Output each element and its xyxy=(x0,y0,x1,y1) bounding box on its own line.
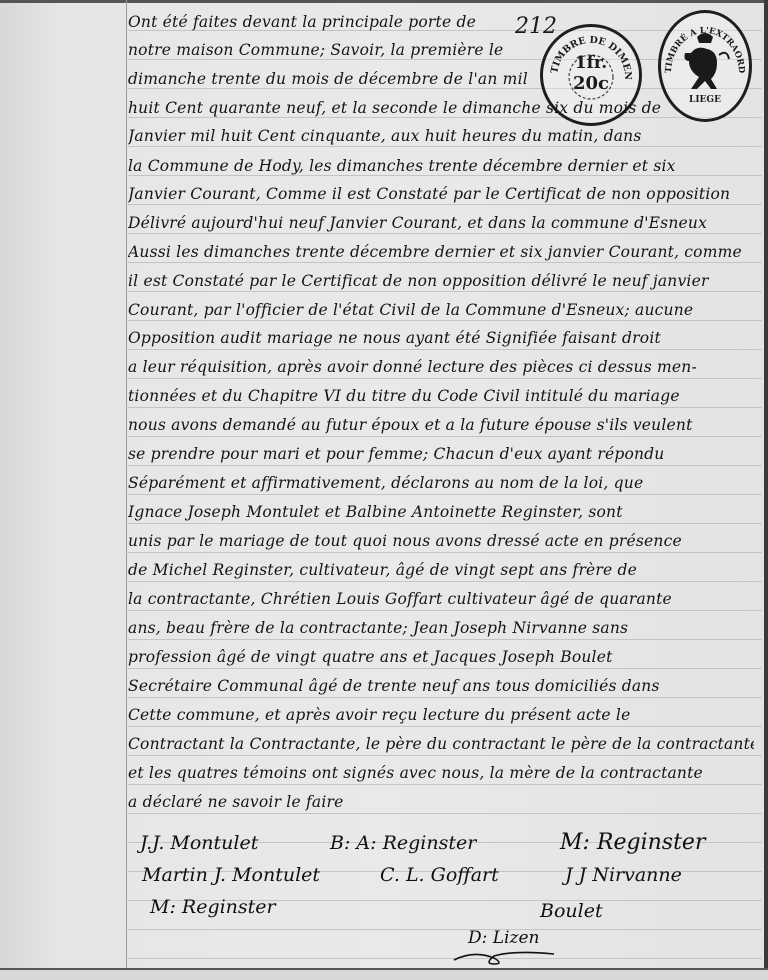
text-line: notre maison Commune; Savoir, la premièr… xyxy=(128,36,754,64)
text-line: Cette commune, et après avoir reçu lectu… xyxy=(128,701,754,729)
text-line: Secrétaire Communal âgé de trente neuf a… xyxy=(128,672,754,700)
ruled-line xyxy=(126,958,762,959)
text-line: Janvier Courant, Comme il est Constaté p… xyxy=(128,180,754,208)
signature: Boulet xyxy=(540,900,603,922)
ruled-line xyxy=(126,929,762,930)
flourish-icon xyxy=(450,948,570,968)
signature: C. L. Goffart xyxy=(380,864,499,886)
text-line: Ignace Joseph Montulet et Balbine Antoin… xyxy=(128,498,754,526)
text-line: Aussi les dimanches trente décembre dern… xyxy=(128,238,754,266)
signature: M: Reginster xyxy=(150,896,276,918)
right-edge xyxy=(764,0,768,980)
signature: J.J. Montulet xyxy=(140,832,258,854)
text-line: Ont été faites devant la principale port… xyxy=(128,8,754,36)
text-line: la Commune de Hody, les dimanches trente… xyxy=(128,152,754,180)
text-line: unis par le mariage de tout quoi nous av… xyxy=(128,527,754,555)
text-line: huit Cent quarante neuf, et la seconde l… xyxy=(128,94,754,122)
text-line: profession âgé de vingt quatre ans et Ja… xyxy=(128,643,754,671)
text-line: la contractante, Chrétien Louis Goffart … xyxy=(128,585,754,613)
text-line: Opposition audit mariage ne nous ayant é… xyxy=(128,324,754,352)
text-line: et les quatres témoins ont signés avec n… xyxy=(128,759,754,787)
text-line: ans, beau frère de la contractante; Jean… xyxy=(128,614,754,642)
text-line: Séparément et affirmativement, déclarons… xyxy=(128,469,754,497)
text-line: de Michel Reginster, cultivateur, âgé de… xyxy=(128,556,754,584)
margin-line xyxy=(126,0,127,980)
signature: Martin J. Montulet xyxy=(142,864,320,886)
text-line: nous avons demandé au futur époux et a l… xyxy=(128,411,754,439)
text-line: Contractant la Contractante, le père du … xyxy=(128,730,754,758)
text-line: il est Constaté par le Certificat de non… xyxy=(128,267,754,295)
top-edge xyxy=(0,0,768,3)
signature: D: Lizen xyxy=(468,928,539,948)
text-line: a leur réquisition, après avoir donné le… xyxy=(128,353,754,381)
signature: M: Reginster xyxy=(560,830,705,855)
text-line: dimanche trente du mois de décembre de l… xyxy=(128,65,754,93)
text-line: a déclaré ne savoir le faire xyxy=(128,788,754,816)
bottom-edge xyxy=(0,968,768,980)
text-line: Courant, par l'officier de l'état Civil … xyxy=(128,296,754,324)
text-line: Janvier mil huit Cent cinquante, aux hui… xyxy=(128,122,754,150)
text-line: Délivré aujourd'hui neuf Janvier Courant… xyxy=(128,209,754,237)
text-line: se prendre pour mari et pour femme; Chac… xyxy=(128,440,754,468)
signature: J J Nirvanne xyxy=(565,864,682,886)
signature: B: A: Reginster xyxy=(330,832,476,854)
register-page: 212 TIMBRE DE DIMENSION 1fr. 20c TIMBRÉ … xyxy=(0,0,768,980)
text-line: tionnées et du Chapitre VI du titre du C… xyxy=(128,382,754,410)
